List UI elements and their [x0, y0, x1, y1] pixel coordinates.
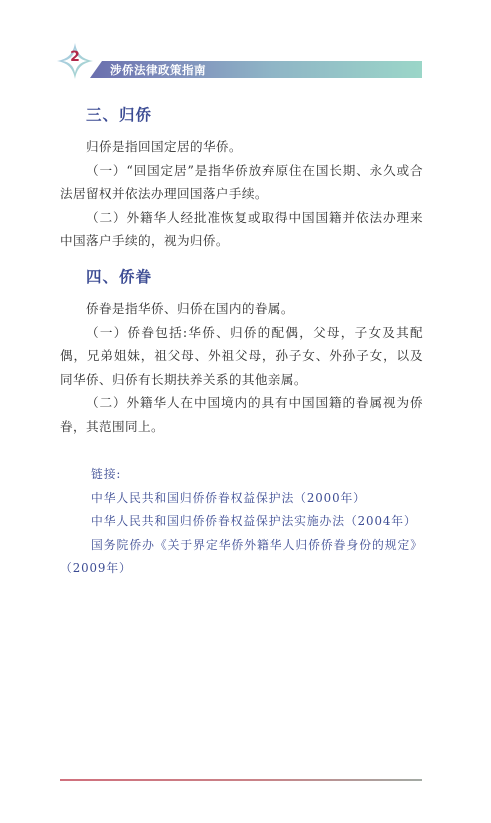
- links-label: 链接:: [60, 463, 423, 487]
- footer-divider: [60, 779, 422, 781]
- paragraph: （二）外籍华人经批准恢复或取得中国国籍并依法办理来中国落户手续的，视为归侨。: [60, 206, 423, 253]
- link-item[interactable]: 国务院侨办《关于界定华侨外籍华人归侨侨眷身份的规定》（2009年）: [60, 534, 423, 581]
- section-title-guiqiao: 三、归侨: [86, 103, 152, 125]
- page-number: 2: [68, 49, 82, 65]
- paragraph: 归侨是指回国定居的华侨。: [60, 135, 423, 159]
- page-header: 2 涉侨法律政策指南: [52, 38, 424, 82]
- paragraph: （一）侨眷包括:华侨、归侨的配偶，父母，子女及其配偶，兄弟姐妹，祖父母、外祖父母…: [60, 321, 423, 392]
- paragraph: （一）“回国定居”是指华侨放弃原住在国长期、永久或合法居留权并依法办理回国落户手…: [60, 159, 423, 206]
- section-title-qiaojuan: 四、侨眷: [86, 265, 152, 287]
- link-item[interactable]: 中华人民共和国归侨侨眷权益保护法实施办法（2004年）: [60, 510, 423, 534]
- related-links: 链接: 中华人民共和国归侨侨眷权益保护法（2000年） 中华人民共和国归侨侨眷权…: [60, 463, 423, 581]
- link-item[interactable]: 中华人民共和国归侨侨眷权益保护法（2000年）: [60, 487, 423, 511]
- paragraph: 侨眷是指华侨、归侨在国内的眷属。: [60, 297, 423, 321]
- paragraph: （二）外籍华人在中国境内的具有中国国籍的眷属视为侨眷，其范围同上。: [60, 391, 423, 438]
- book-title: 涉侨法律政策指南: [110, 62, 206, 78]
